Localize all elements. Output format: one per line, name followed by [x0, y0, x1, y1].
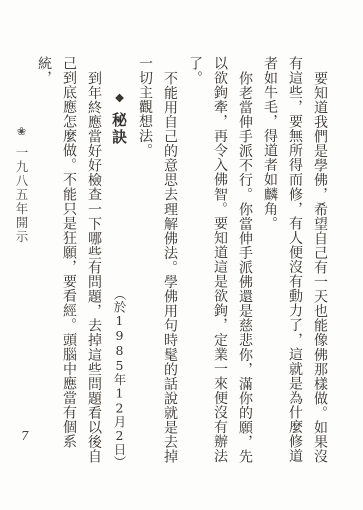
running-title-text: 一九八五年開示 [14, 146, 29, 244]
date-attribution: （於1985年12月2日） [109, 288, 129, 468]
book-page: 要知道我們是學佛，希望自己有一天也能像佛那樣做。如果沒有這些，要無所得而修，有人… [0, 0, 363, 510]
section-heading: ❖秘訣 [110, 92, 128, 146]
diamond-ornament-icon: ❖ [113, 92, 126, 105]
section-break-column: ❖秘訣 （於1985年12月2日） [106, 56, 132, 468]
flower-ornament-icon: ❀ [15, 125, 28, 138]
paragraph: 你老當伸手派不行。你當伸手派佛還是慈悲你，滿你的願，先以欲鉤牽，再令入佛智。要知… [182, 56, 257, 468]
paragraph: 不能用自己的意思去理解佛法。學佛用句時髦的話說就是去掉一切主觀想法。 [132, 56, 182, 468]
main-text-block: 要知道我們是學佛，希望自己有一天也能像佛那樣做。如果沒有這些，要無所得而修，有人… [32, 56, 332, 468]
running-title: ❀一九八五年開示 [12, 125, 30, 244]
page-number: 7 [21, 429, 29, 443]
paragraph: 到年終應當好好檢查一下哪些有問題，去掉這些問題看以後自己到底應怎麼做。不能只是狂… [31, 56, 106, 468]
paragraph: 要知道我們是學佛，希望自己有一天也能像佛那樣做。如果沒有這些，要無所得而修，有人… [257, 56, 332, 468]
section-heading-text: 秘訣 [110, 112, 128, 146]
